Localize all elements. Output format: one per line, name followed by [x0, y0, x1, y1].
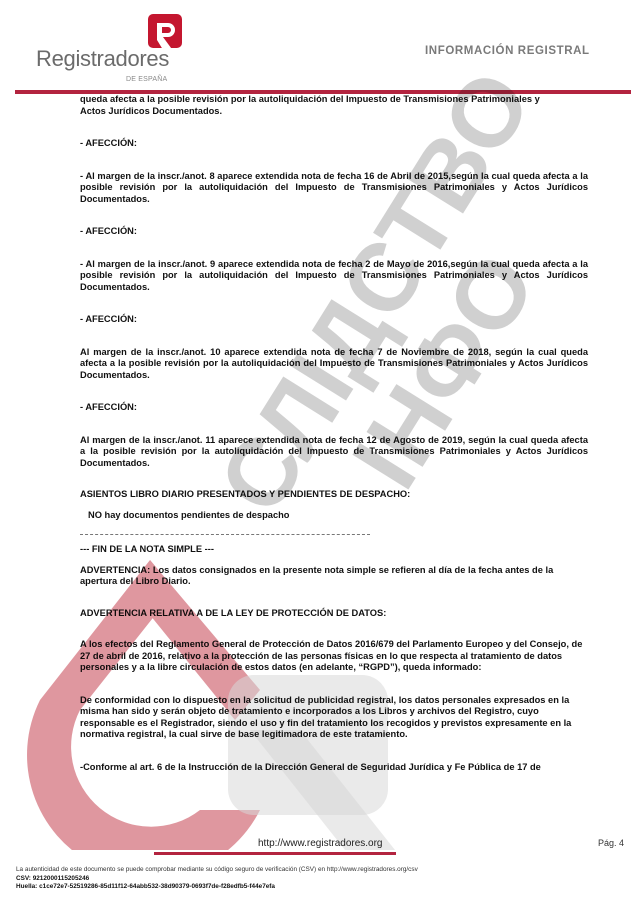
asientos-heading: ASIENTOS LIBRO DIARIO PRESENTADOS Y PEND… [80, 489, 588, 501]
intro-line-1: queda afecta a la posible revisión por l… [80, 94, 588, 106]
affection-text: Al margen de la inscr./anot. 10 aparece … [80, 347, 588, 382]
asientos-text: NO hay documentos pendientes de despacho [80, 510, 588, 522]
document-page: Registradores DE ESPAÑA INFORMACIÓN REGI… [0, 0, 640, 906]
authenticity-text: La autenticidad de este documento se pue… [16, 866, 418, 875]
intro-line-2: Actos Jurídicos Documentados. [80, 106, 588, 118]
footer-divider [154, 852, 396, 855]
document-body: queda afecta a la posible revisión por l… [80, 94, 588, 773]
affection-heading: - AFECCIÓN: [80, 138, 588, 150]
authenticity-block: La autenticidad de este documento se pue… [16, 866, 418, 892]
logo-subtitle: DE ESPAÑA [126, 76, 167, 83]
affection-text: Al margen de la inscr./anot. 11 aparece … [80, 435, 588, 470]
registradores-logo: Registradores DE ESPAÑA [36, 12, 196, 92]
affection-text: - Al margen de la inscr./anot. 9 aparece… [80, 259, 588, 294]
footer-url-link[interactable]: http://www.registradores.org [258, 838, 383, 849]
csv-code: CSV: 9212000115205246 [16, 875, 89, 882]
affection-text: - Al margen de la inscr./anot. 8 aparece… [80, 171, 588, 206]
logo-wordmark: Registradores [36, 46, 169, 72]
affection-heading: - AFECCIÓN: [80, 226, 588, 238]
fin-nota-simple: --- FIN DE LA NOTA SIMPLE --- [80, 544, 588, 556]
proteccion-datos-heading: ADVERTENCIA RELATIVA A DE LA LEY DE PROT… [80, 608, 588, 620]
affection-heading: - AFECCIÓN: [80, 402, 588, 414]
conforme-line: -Conforme al art. 6 de la Instrucción de… [80, 762, 588, 774]
affection-heading: - AFECCIÓN: [80, 314, 588, 326]
page-number: Pág. 4 [598, 838, 624, 848]
rgpd-paragraph: A los efectos del Reglamento General de … [80, 639, 588, 674]
conformidad-paragraph: De conformidad con lo dispuesto en la so… [80, 695, 588, 741]
header-title: INFORMACIÓN REGISTRAL [425, 45, 590, 57]
huella-code: Huella: c1ce72e7-52519286-85d11f12-64abb… [16, 883, 275, 890]
advertencia-text: ADVERTENCIA: Los datos consignados en la… [80, 565, 588, 588]
